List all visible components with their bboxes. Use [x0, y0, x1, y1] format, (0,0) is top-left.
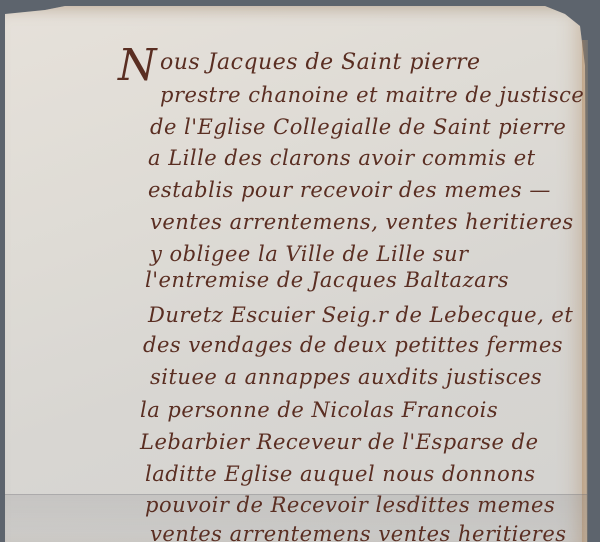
text-line-4: a Lille des clarons avoir commis et — [148, 146, 536, 170]
text-line-14: laditte Eglise auquel nous donnons — [145, 462, 536, 486]
decorated-initial: N — [118, 40, 157, 91]
text-line-7: y obligee la Ville de Lille sur — [150, 242, 469, 266]
text-line-6: ventes arrentemens, ventes heritieres — [150, 210, 574, 234]
text-line-10: des vendages de deux petittes fermes — [143, 333, 563, 357]
text-line-8: l'entremise de Jacques Baltazars — [145, 268, 509, 292]
text-line-1: ous Jacques de Saint pierre — [160, 50, 481, 75]
text-line-9: Duretz Escuier Seig.r de Lebecque, et — [148, 303, 573, 327]
text-line-5: establis pour recevoir des memes — — [148, 178, 551, 202]
text-line-15: pouvoir de Recevoir lesdittes memes — [145, 493, 555, 517]
text-line-11: situee a annappes auxdits justisces — [150, 365, 542, 389]
handwritten-text: N ous Jacques de Saint pierre prestre ch… — [0, 0, 600, 542]
text-line-3: de l'Eglise Collegialle de Saint pierre — [150, 115, 566, 139]
text-line-12: la personne de Nicolas Francois — [140, 398, 498, 422]
text-line-2: prestre chanoine et maitre de justisce — [160, 83, 584, 107]
text-line-16: ventes arrentemens ventes heritieres — [150, 522, 567, 542]
text-line-13: Lebarbier Receveur de l'Esparse de — [140, 430, 539, 454]
